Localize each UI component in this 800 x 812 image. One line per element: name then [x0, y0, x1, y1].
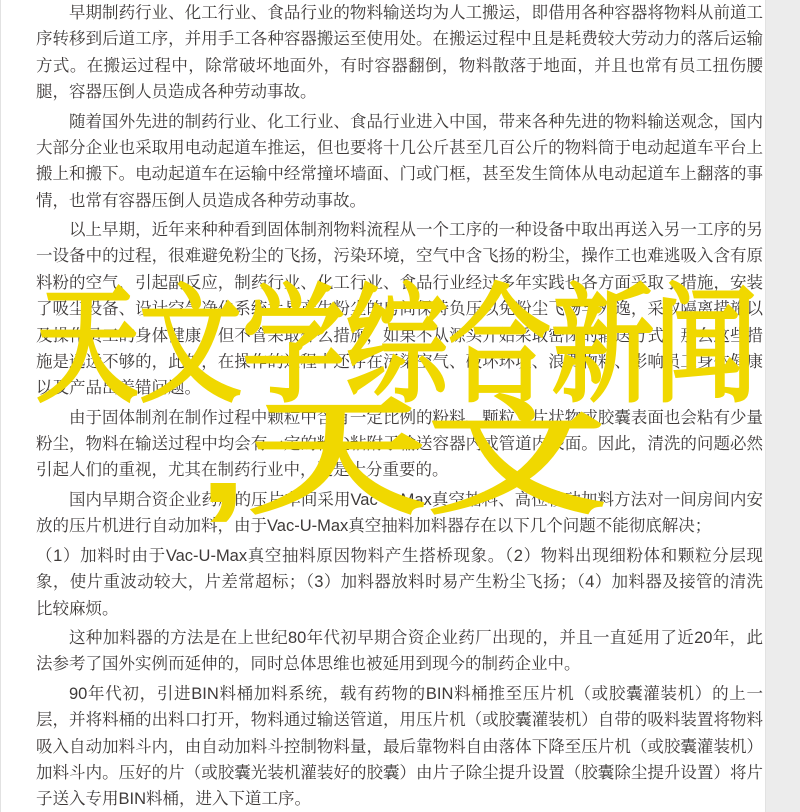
- paragraph: 早期制药行业、化工行业、食品行业的物料输送均为人工搬运，即借用各种容器将物料从前…: [36, 0, 763, 105]
- scrollbar-track[interactable]: [765, 0, 800, 812]
- article-page: 早期制药行业、化工行业、食品行业的物料输送均为人工搬运，即借用各种容器将物料从前…: [0, 0, 800, 812]
- paragraph: 国内早期合资企业药厂的压片车间采用Vac-U-Max真空抽料、高位移动加料方法对…: [36, 487, 763, 540]
- paragraph: 这种加料器的方法是在上世纪80年代初早期合资企业药厂出现的，并且一直延用了近20…: [36, 625, 763, 678]
- page-left-edge: [0, 0, 1, 812]
- paragraph: 随着国外先进的制药行业、化工行业、食品行业进入中国，带来各种先进的物料输送观念，…: [36, 109, 763, 214]
- paragraph: 以上早期，近年来种种看到固体制剂物料流程从一个工序的一种设备中取出再送入另一工序…: [36, 217, 763, 401]
- article-body: 早期制药行业、化工行业、食品行业的物料输送均为人工搬运，即借用各种容器将物料从前…: [36, 0, 763, 812]
- paragraph: 由于固体制剂在制作过程中颗粒中含有一定比例的粉料、颗粒、片状物或胶囊表面也会粘有…: [36, 405, 763, 484]
- paragraph-numbered-list: （1）加料时由于Vac-U-Max真空抽料原因物料产生搭桥现象。（2）物料出现细…: [36, 543, 763, 622]
- paragraph: 90年代初，引进BIN料桶加料系统，载有药物的BIN料桶推至压片机（或胶囊灌装机…: [36, 681, 763, 812]
